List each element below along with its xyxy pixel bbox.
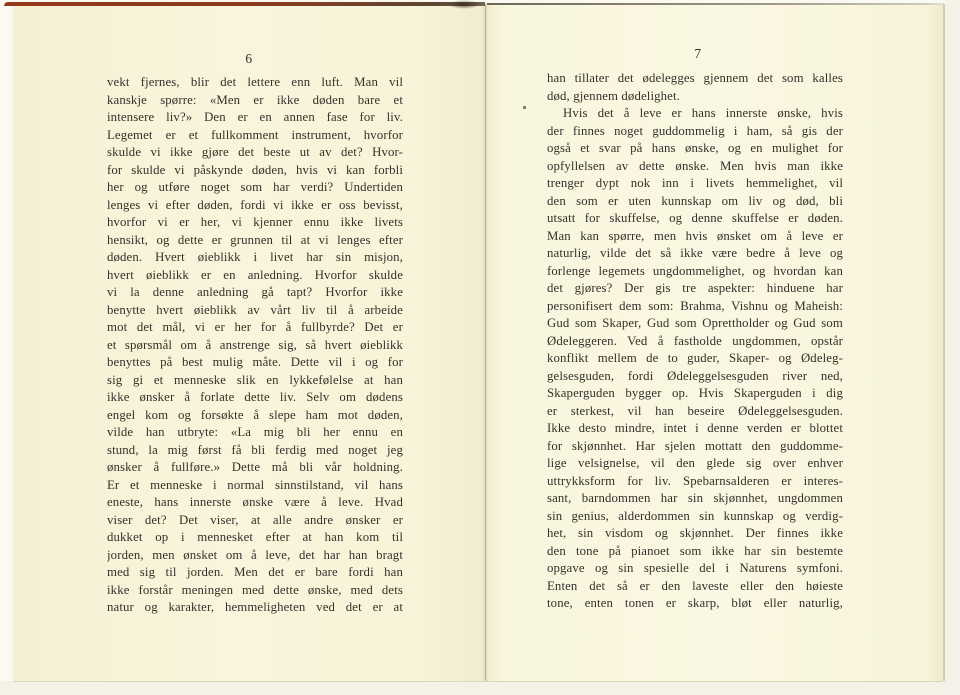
text-line: kanskje spørre: «Men er ikke døden bare … <box>107 92 403 110</box>
text-line: lenges vi efter døden, fordi vi ikke er … <box>107 197 403 215</box>
text-line: et spørsmål om å anstrenge sig, så hvert… <box>107 337 403 355</box>
text-line: Gud som Skaper, Gud som Oprettholder og … <box>547 315 843 333</box>
text-line: sant, barndommen har sin skjønnhet, ungd… <box>547 490 843 508</box>
text-line: trenger dypt nok inn i livets hemmelighe… <box>547 175 843 193</box>
text-line: tone, enten tonen er skarp, bløt eller n… <box>547 595 843 613</box>
text-line: ønsker å fullføre.» Dette må bli vår hol… <box>107 459 403 477</box>
text-line: skulde vi ikke gjøre det beste ut av det… <box>107 144 403 162</box>
book-cover-edge-top <box>4 2 485 6</box>
text-line: hensikt, og dette er grunnen til at vi l… <box>107 232 403 250</box>
text-line: opgave og sin spesielle del i Naturens s… <box>547 560 843 578</box>
text-line: mot det mål, vi er her for å fullbyrde? … <box>107 319 403 337</box>
text-line: Legemet er et fullkomment instrument, hv… <box>107 127 403 145</box>
text-line: lige velsignelse, vil den glede sig over… <box>547 455 843 473</box>
text-line: der finnes noget guddommelig i ham, så g… <box>547 123 843 141</box>
page-edge-right <box>943 4 945 681</box>
text-line: Skaperguden bygger op. Hvis Skaperguden … <box>547 385 843 403</box>
text-line: forlenge legemets ungdommelighet, og hvo… <box>547 263 843 281</box>
text-line: Er et menneske i normal sinnstilstand, v… <box>107 477 403 495</box>
text-line: døden. Hvert øieblikk i livet har sin mi… <box>107 249 403 267</box>
text-line: også et svar på hans ønske, og en muligh… <box>547 140 843 158</box>
page-text-left: vekt fjernes, blir det lettere enn luft.… <box>107 74 403 617</box>
text-line: Man kan spørre, men hvis ønsket om å lev… <box>547 228 843 246</box>
text-line: den som er uten kunnskap om liv og død, … <box>547 193 843 211</box>
photo-backing-right <box>945 0 960 695</box>
text-line: naturlig, vilde det så ikke være bedre å… <box>547 245 843 263</box>
open-book-scan: 6 7 vekt fjernes, blir det lettere enn l… <box>0 0 960 695</box>
text-line: utsatt for skuffelse, og denne skuffelse… <box>547 210 843 228</box>
text-line: sig gi et menneske slik en lykkefølelse … <box>107 372 403 390</box>
text-line: natur og karakter, hemmeligheten ved det… <box>107 599 403 617</box>
text-line: eneste, hans innerste ønske være å leve.… <box>107 494 403 512</box>
text-line: Ikke desto mindre, intet i denne verden … <box>547 420 843 438</box>
text-line: benyttes på best mulig måte. Dette vil i… <box>107 354 403 372</box>
text-line: dukket op i mennesket efter at han kom t… <box>107 529 403 547</box>
text-line: den tone på pianoet som ikke har sin bes… <box>547 543 843 561</box>
text-line: Hvis det å leve er hans innerste ønske, … <box>547 105 843 123</box>
text-line: viser det? Det viser, at alle andre ønsk… <box>107 512 403 530</box>
paper-speck <box>523 106 526 109</box>
text-line: gelsesguden, fordi Ødeleggelsesguden riv… <box>547 368 843 386</box>
text-line: for skulde vi påskynde døden, hvis vi ka… <box>107 162 403 180</box>
text-line: med sig til jorden. Men det er bare ford… <box>107 564 403 582</box>
text-line: het, sin visdom og skjønnhet. Der finnes… <box>547 525 843 543</box>
text-line: stund, la mig først få bli ferdig med no… <box>107 442 403 460</box>
text-line: for skjønnhet. Har sjelen mottatt den gu… <box>547 438 843 456</box>
text-line: ikke ønsker å forlate dette liv. Selv om… <box>107 389 403 407</box>
text-line: opfyllelsen av dette ønske. Men hvis man… <box>547 158 843 176</box>
text-line: er sterkest, vil han beseire Ødeleggelse… <box>547 403 843 421</box>
text-line: intensere liv?» Den er en annen fase for… <box>107 109 403 127</box>
text-line: benytte hvert øieblikk av vårt liv til å… <box>107 302 403 320</box>
page-number-left: 6 <box>101 51 397 67</box>
text-line: uttrykksform for liv. Spebarnsalderen er… <box>547 473 843 491</box>
text-line: engel kom og forsøkte å slepe ham mot dø… <box>107 407 403 425</box>
text-line: hvorfor vi er her, vi kjenner ennu ikke … <box>107 214 403 232</box>
text-line: personifisert dem som: Brahma, Vishnu og… <box>547 298 843 316</box>
text-line: hvert øieblikk er en anledning. Hvorfor … <box>107 267 403 285</box>
text-line: det gjøres? Der gis tre aspekter: hindue… <box>547 280 843 298</box>
gutter-top-smudge <box>448 0 480 9</box>
text-line: Enten det så er den laveste eller den hø… <box>547 578 843 596</box>
page-top-edge-right <box>487 3 944 5</box>
text-line: jorden, men ønsket om å leve, det har ha… <box>107 547 403 565</box>
text-line: vekt fjernes, blir det lettere enn luft.… <box>107 74 403 92</box>
text-line: Ødeleggeren. Ved å fastholde ungdommen, … <box>547 333 843 351</box>
text-line: sin genius, alderdommen sin kunnskap og … <box>547 508 843 526</box>
text-line: her og utføre noget som har verdi? Under… <box>107 179 403 197</box>
page-number-right: 7 <box>550 46 846 62</box>
text-line: ikke forstår meningen med dette ønske, m… <box>107 582 403 600</box>
text-line: vi la denne anledning gå tapt? Hvorfor i… <box>107 284 403 302</box>
text-line: vilde han utbryte: «La mig bli her ennu … <box>107 424 403 442</box>
photo-backing-bottom <box>0 681 960 695</box>
page-gutter <box>485 4 486 681</box>
page-text-right: han tillater det ødelegges gjennem det s… <box>547 70 843 613</box>
text-line: konflikt mellem de to guder, Skaper- og … <box>547 350 843 368</box>
text-line: han tillater det ødelegges gjennem det s… <box>547 70 843 88</box>
book-cover-edge-left <box>0 1 14 689</box>
text-line: død, gjennem dødelighet. <box>547 88 843 106</box>
